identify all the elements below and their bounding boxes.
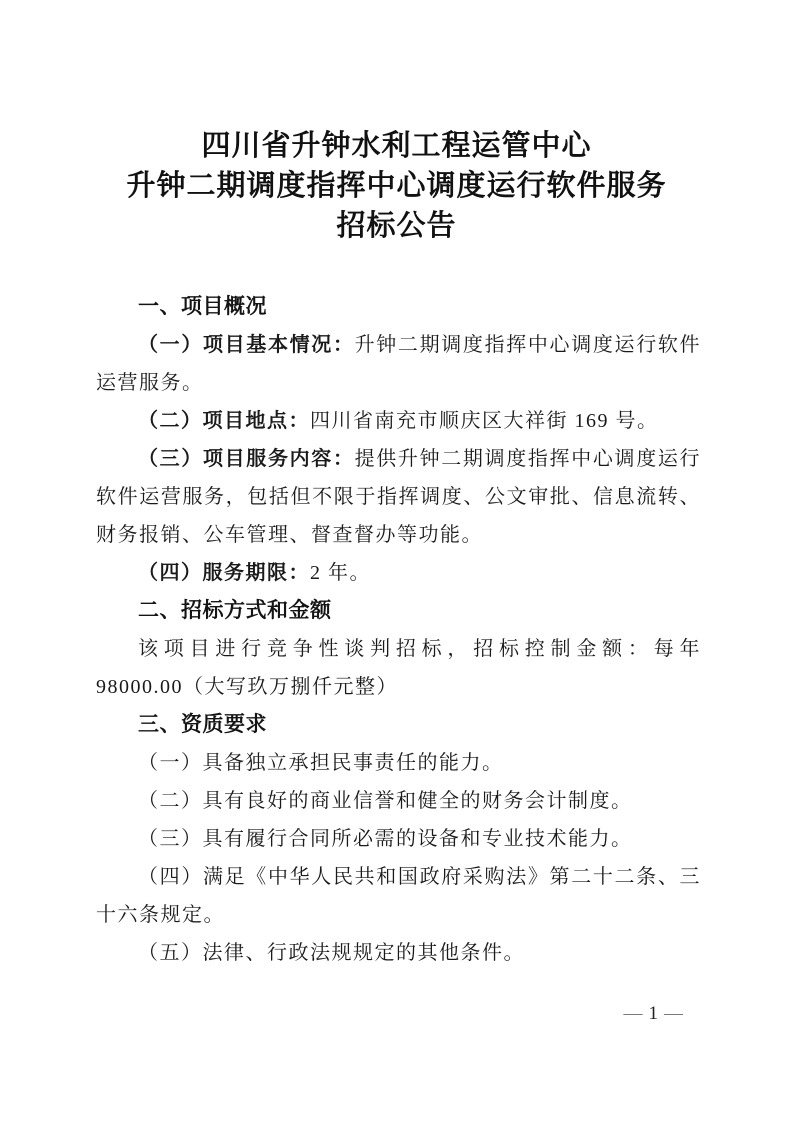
title-line-1: 四川省升钟水利工程运管中心: [0, 126, 793, 166]
paragraph-text: （三）具有履行合同所必需的设备和专业技术能力。: [138, 828, 633, 850]
document-body: 一、项目概况 （一）项目基本情况：升钟二期调度指挥中心调度运行软件运营服务。 （…: [0, 246, 793, 972]
paragraph-qualification-1: （一）具备独立承担民事责任的能力。: [96, 744, 701, 782]
paragraph-basic-info: （一）项目基本情况：升钟二期调度指挥中心调度运行软件运营服务。: [96, 326, 701, 402]
paragraph-text: 2 年。: [310, 562, 371, 584]
page-number: —1—: [618, 1002, 690, 1026]
title-line-2: 升钟二期调度指挥中心调度运行软件服务: [0, 166, 793, 206]
page-number-dash-left: —: [618, 1003, 649, 1024]
paragraph-text: 四川省南充市顺庆区大祥街 169 号。: [310, 410, 659, 432]
section-project-overview: 一、项目概况 （一）项目基本情况：升钟二期调度指挥中心调度运行软件运营服务。 （…: [96, 288, 701, 592]
paragraph-service-term: （四）服务期限：2 年。: [96, 554, 701, 592]
paragraph-qualification-5: （五）法律、行政法规规定的其他条件。: [96, 934, 701, 972]
paragraph-text: （一）具备独立承担民事责任的能力。: [138, 752, 504, 774]
paragraph-project-location: （二）项目地点：四川省南充市顺庆区大祥街 169 号。: [96, 402, 701, 440]
document-title-block: 四川省升钟水利工程运管中心 升钟二期调度指挥中心调度运行软件服务 招标公告: [0, 0, 793, 246]
paragraph-text: （二）具有良好的商业信誉和健全的财务会计制度。: [138, 790, 633, 812]
paragraph-label: （一）项目基本情况：: [138, 334, 355, 356]
paragraph-text: （五）法律、行政法规规定的其他条件。: [138, 942, 525, 964]
page-number-value: 1: [649, 1003, 659, 1024]
paragraph-text: （四）满足《中华人民共和国政府采购法》第二十二条、三十六条规定。: [96, 866, 701, 926]
section-bidding-method-amount: 二、招标方式和金额 该项目进行竞争性谈判招标，招标控制金额：每年 98000.0…: [96, 592, 701, 706]
paragraph-bidding-amount: 该项目进行竞争性谈判招标，招标控制金额：每年 98000.00（大写玖万捌仟元整…: [96, 630, 701, 706]
paragraph-qualification-4: （四）满足《中华人民共和国政府采购法》第二十二条、三十六条规定。: [96, 858, 701, 934]
paragraph-text: 该项目进行竞争性谈判招标，招标控制金额：每年 98000.00（大写玖万捌仟元整…: [96, 638, 701, 698]
paragraph-qualification-3: （三）具有履行合同所必需的设备和专业技术能力。: [96, 820, 701, 858]
paragraph-qualification-2: （二）具有良好的商业信誉和健全的财务会计制度。: [96, 782, 701, 820]
paragraph-service-content: （三）项目服务内容：提供升钟二期调度指挥中心调度运行软件运营服务，包括但不限于指…: [96, 440, 701, 554]
document-page: 四川省升钟水利工程运管中心 升钟二期调度指挥中心调度运行软件服务 招标公告 一、…: [0, 0, 793, 1122]
paragraph-label: （三）项目服务内容：: [138, 448, 355, 470]
paragraph-label: （二）项目地点：: [138, 410, 310, 432]
section-heading-bidding-method: 二、招标方式和金额: [96, 592, 701, 630]
section-heading-qualifications: 三、资质要求: [96, 706, 701, 744]
section-heading-project-overview: 一、项目概况: [96, 288, 701, 326]
section-qualification-requirements: 三、资质要求 （一）具备独立承担民事责任的能力。 （二）具有良好的商业信誉和健全…: [96, 706, 701, 972]
page-number-dash-right: —: [658, 1003, 689, 1024]
title-line-3: 招标公告: [0, 206, 793, 246]
paragraph-label: （四）服务期限：: [138, 562, 310, 584]
